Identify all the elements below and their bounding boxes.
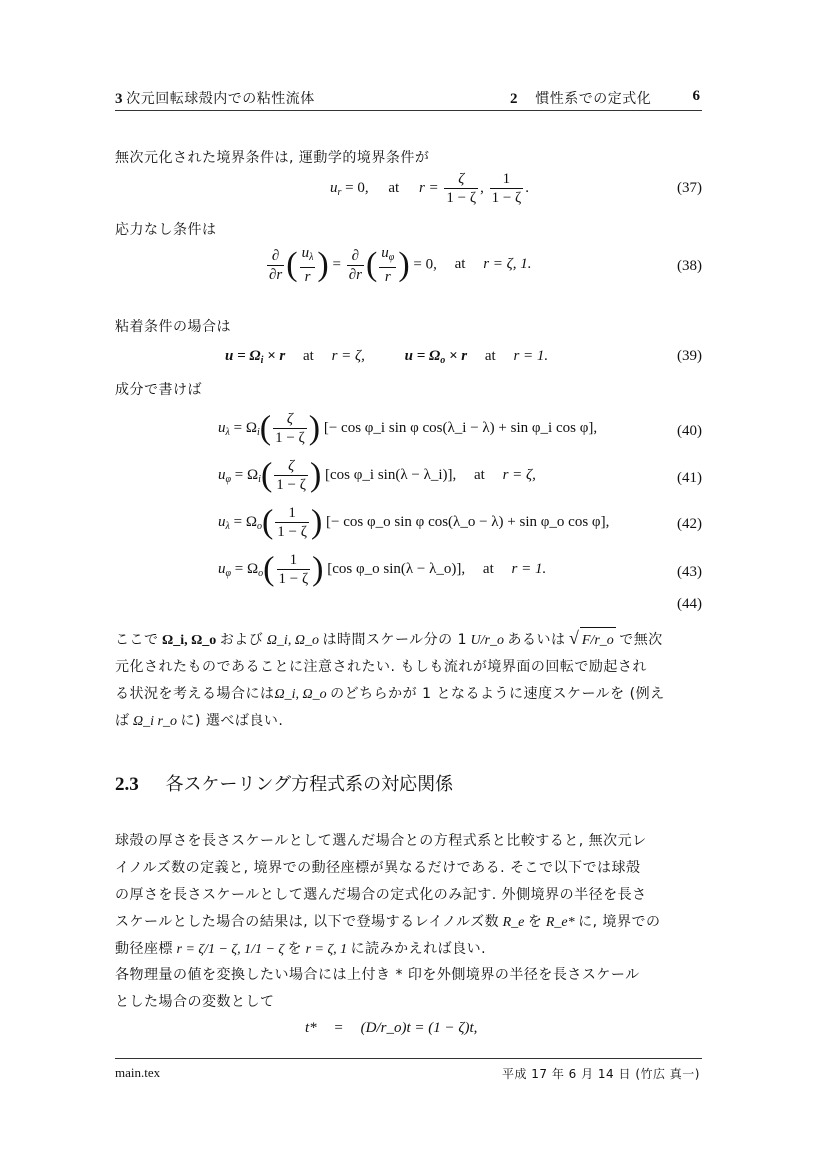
text: に) 選べば良い.	[180, 713, 283, 729]
equation-number-41: (41)	[677, 470, 702, 487]
line: 元化されたものであることに注意されたい. もしも流れが境界面の回転で励起され	[115, 654, 702, 681]
line: ここで Ω_i, Ω_o および Ω_i, Ω_o は時間スケール分の 1 U/…	[115, 625, 702, 654]
eq-var: u	[218, 420, 226, 436]
inline-math: R_e*	[546, 915, 575, 930]
paragraph-no-slip: 粘着条件の場合は	[115, 315, 702, 340]
eq-text: [− cos φ_o sin φ cos(λ_o − λ) + sin φ_o …	[326, 514, 609, 530]
text: スケールとした場合の結果は, 以下で登場するレイノルズ数	[115, 914, 499, 930]
text: 動径座標	[115, 941, 173, 957]
line: イノルズ数の定義と, 境界での動径座標が異なるだけである. そこで以下では球殻	[115, 855, 702, 882]
denominator: 1 − ζ	[490, 189, 524, 207]
footer-date-author: 平成 17 年 6 月 14 日 (竹広 真一)	[502, 1065, 700, 1082]
chapter-title: 次元回転球殻内での粘性流体	[126, 91, 315, 107]
equation-41: uφ = Ωi(ζ1 − ζ) [cos φ_i sin(λ − λ_i)], …	[218, 457, 536, 494]
eq-text: r = 1.	[511, 561, 546, 577]
eq-at: at	[455, 256, 466, 272]
eq-text: r = 1.	[513, 348, 548, 364]
eq-text: = 0,	[345, 180, 368, 196]
numerator: ζ	[444, 170, 478, 189]
denominator: 1 − ζ	[274, 476, 308, 494]
paragraph-note-nondim: ここで Ω_i, Ω_o および Ω_i, Ω_o は時間スケール分の 1 U/…	[115, 625, 702, 735]
eq-var: u	[218, 561, 226, 577]
eq-var: Ω	[247, 467, 258, 483]
numerator: 1	[275, 504, 309, 523]
numerator: ζ	[274, 457, 308, 476]
fraction: 11 − ζ	[490, 170, 524, 207]
inline-math: F/r_o	[580, 627, 616, 654]
eq-at: at	[303, 348, 314, 364]
eq-at: at	[474, 467, 485, 483]
text: る状況を考える場合には	[115, 686, 275, 702]
line: の厚さを長さスケールとして選んだ場合の定式化のみ記す. 外側境界の半径を長さ	[115, 882, 702, 909]
paragraph-scaling-comparison: 球殻の厚さを長さスケールとして選んだ場合との方程式系と比較すると, 無次元レ イ…	[115, 828, 702, 963]
inline-math: r = ζ/1 − ζ, 1/1 − ζ	[177, 942, 285, 957]
inline-math: Ω_i, Ω_o	[267, 633, 319, 648]
denominator: ∂r	[267, 266, 284, 284]
section-title: 慣性系での定式化	[535, 91, 651, 107]
sqrt-symbol: √	[569, 628, 579, 648]
equation-number-42: (42)	[677, 516, 702, 533]
numerator: ∂	[267, 247, 284, 266]
text: の厚さを長さスケールとして選んだ場合の定式化のみ記す. 外側境界の半径を長さ	[115, 887, 647, 903]
section-heading-title: 各スケーリング方程式系の対応関係	[166, 774, 454, 795]
denominator: 1 − ζ	[275, 523, 309, 541]
text: および	[220, 632, 264, 648]
inline-math: R_e	[503, 915, 525, 930]
numerator: ζ	[273, 410, 307, 429]
fraction: ∂∂r	[267, 247, 284, 284]
eq-var: u	[330, 180, 338, 196]
numerator: 1	[277, 551, 311, 570]
line: 各物理量の値を変換したい場合には上付き * 印を外側境界の半径を長さスケール	[115, 962, 702, 989]
numerator: 1	[490, 170, 524, 189]
line: 動径座標 r = ζ/1 − ζ, 1/1 − ζ を r = ζ, 1 に読み…	[115, 936, 702, 963]
eq-text: u = Ω	[405, 348, 441, 364]
eq-var: Ω	[247, 561, 258, 577]
text: に, 境界での	[578, 914, 660, 930]
numerator: ∂	[347, 247, 364, 266]
paragraph-conversion: 各物理量の値を変換したい場合には上付き * 印を外側境界の半径を長さスケール と…	[115, 962, 702, 1016]
equation-number-39: (39)	[677, 348, 702, 365]
text: 成分で書けば	[115, 382, 202, 398]
equation-38: ∂∂r(uλr) = ∂∂r(uφr) = 0, at r = ζ, 1.	[265, 244, 532, 286]
header-section: 2 慣性系での定式化	[510, 88, 651, 108]
document-page: 3 次元回転球殻内での粘性流体 2 慣性系での定式化 6 無次元化された境界条件…	[0, 0, 826, 1169]
eq-text: r = ζ, 1.	[483, 256, 531, 272]
eq-text: r =	[419, 180, 439, 196]
eq-var: u	[218, 514, 226, 530]
text: ば	[115, 713, 130, 729]
eq-at: at	[388, 180, 399, 196]
inline-math: Ω_i, Ω_o	[162, 633, 216, 648]
eq-sub: r	[338, 187, 342, 198]
eq-var: u	[381, 245, 389, 261]
chapter-number: 3	[115, 91, 123, 107]
inline-math: Ω_i, Ω_o	[275, 687, 327, 702]
inline-math: r = ζ, 1	[306, 942, 348, 957]
section-number: 2	[510, 91, 518, 107]
text: 応力なし条件は	[115, 222, 217, 238]
eq-text: × r	[263, 348, 285, 364]
denominator: ∂r	[347, 266, 364, 284]
header-chapter: 3 次元回転球殻内での粘性流体	[115, 88, 315, 108]
section-heading-number: 2.3	[115, 774, 139, 795]
equation-number-40: (40)	[677, 423, 702, 440]
text: 球殻の厚さを長さスケールとして選んだ場合との方程式系と比較すると, 無次元レ	[115, 833, 647, 849]
eq-sub: φ	[226, 474, 232, 485]
line: 球殻の厚さを長さスケールとして選んだ場合との方程式系と比較すると, 無次元レ	[115, 828, 702, 855]
eq-var: Ω	[246, 514, 257, 530]
fraction: ∂∂r	[347, 247, 364, 284]
eq-var: t*	[305, 1020, 317, 1036]
fraction: ζ1 − ζ	[444, 170, 478, 207]
running-header: 3 次元回転球殻内での粘性流体 2 慣性系での定式化 6	[115, 88, 702, 111]
line: スケールとした場合の結果は, 以下で登場するレイノルズ数 R_e を R_e* …	[115, 909, 702, 936]
fraction: uφr	[379, 244, 396, 286]
fraction: ζ1 − ζ	[274, 457, 308, 494]
text: ここで	[115, 632, 159, 648]
fraction: 11 − ζ	[277, 551, 311, 588]
equation-number-44: (44)	[677, 596, 702, 613]
eq-sub: φ	[226, 568, 232, 579]
eq-text: u = Ω	[225, 348, 261, 364]
text: 各物理量の値を変換したい場合には上付き * 印を外側境界の半径を長さスケール	[115, 967, 640, 983]
denominator: 1 − ζ	[277, 570, 311, 588]
eq-text: =	[334, 1020, 342, 1036]
eq-sub: λ	[226, 521, 230, 532]
eq-var: u	[302, 245, 310, 261]
eq-text: = 0,	[413, 256, 436, 272]
text: を	[528, 914, 543, 930]
footer-filename: main.tex	[115, 1065, 160, 1081]
text: イノルズ数の定義と, 境界での動径座標が異なるだけである. そこで以下では球殻	[115, 860, 640, 876]
eq-text: [− cos φ_i sin φ cos(λ_i − λ) + sin φ_i …	[324, 420, 597, 436]
eq-sub: φ	[389, 252, 395, 263]
text: のどちらかが 1 となるように速度スケールを (例え	[330, 686, 664, 702]
equation-37: ur = 0, at r = ζ1 − ζ, 11 − ζ.	[330, 170, 529, 207]
text: は時間スケール分の 1	[322, 632, 467, 648]
eq-sub: λ	[309, 252, 313, 263]
inline-math: U/r_o	[471, 633, 504, 648]
text: に読みかえれば良い.	[351, 941, 486, 957]
equation-42: uλ = Ωo(11 − ζ) [− cos φ_o sin φ cos(λ_o…	[218, 504, 609, 541]
denominator: 1 − ζ	[444, 189, 478, 207]
fraction: uλr	[300, 244, 316, 286]
denominator: r	[379, 268, 396, 286]
eq-text: [cos φ_o sin(λ − λ_o)],	[327, 561, 465, 577]
eq-at: at	[485, 348, 496, 364]
eq-text: [cos φ_i sin(λ − λ_i)],	[325, 467, 456, 483]
eq-sub: λ	[226, 427, 230, 438]
line: る状況を考える場合にはΩ_i, Ω_o のどちらかが 1 となるように速度スケー…	[115, 681, 702, 708]
running-footer: main.tex 平成 17 年 6 月 14 日 (竹広 真一)	[115, 1058, 702, 1065]
paragraph-stress-free: 応力なし条件は	[115, 218, 702, 243]
eq-text: r = ζ,	[503, 467, 536, 483]
page-number: 6	[693, 88, 701, 105]
text: 元化されたものであることに注意されたい. もしも流れが境界面の回転で励起され	[115, 659, 647, 675]
text: あるいは	[507, 632, 565, 648]
equation-time-conversion: t* = (D/r_o)t = (1 − ζ)t,	[305, 1020, 477, 1037]
equation-43: uφ = Ωo(11 − ζ) [cos φ_o sin(λ − λ_o)], …	[218, 551, 546, 588]
text: を	[288, 941, 303, 957]
inline-math: Ω_i r_o	[133, 714, 177, 729]
fraction: 11 − ζ	[275, 504, 309, 541]
paragraph-components: 成分で書けば	[115, 378, 702, 403]
eq-text: r = ζ,	[332, 348, 365, 364]
fraction: ζ1 − ζ	[273, 410, 307, 447]
line: ば Ω_i r_o に) 選べば良い.	[115, 708, 702, 735]
equation-number-37: (37)	[677, 180, 702, 197]
equation-number-38: (38)	[677, 258, 702, 275]
equation-40: uλ = Ωi(ζ1 − ζ) [− cos φ_i sin φ cos(λ_i…	[218, 410, 597, 447]
denominator: 1 − ζ	[273, 429, 307, 447]
paragraph-boundary-conditions: 無次元化された境界条件は, 運動学的境界条件が	[115, 146, 702, 171]
text: 粘着条件の場合は	[115, 319, 231, 335]
section-heading: 2.3 各スケーリング方程式系の対応関係	[115, 770, 453, 796]
line: とした場合の変数として	[115, 989, 702, 1016]
eq-text: × r	[445, 348, 467, 364]
eq-text: (D/r_o)t = (1 − ζ)t,	[361, 1020, 478, 1036]
equation-39: u = Ωi × r at r = ζ, u = Ωo × r at r = 1…	[225, 348, 548, 366]
eq-var: u	[218, 467, 226, 483]
denominator: r	[300, 268, 316, 286]
eq-at: at	[483, 561, 494, 577]
equation-number-43: (43)	[677, 564, 702, 581]
text: とした場合の変数として	[115, 994, 275, 1010]
text: で無次	[619, 632, 663, 648]
eq-var: Ω	[246, 420, 257, 436]
text: 無次元化された境界条件は, 運動学的境界条件が	[115, 150, 429, 166]
